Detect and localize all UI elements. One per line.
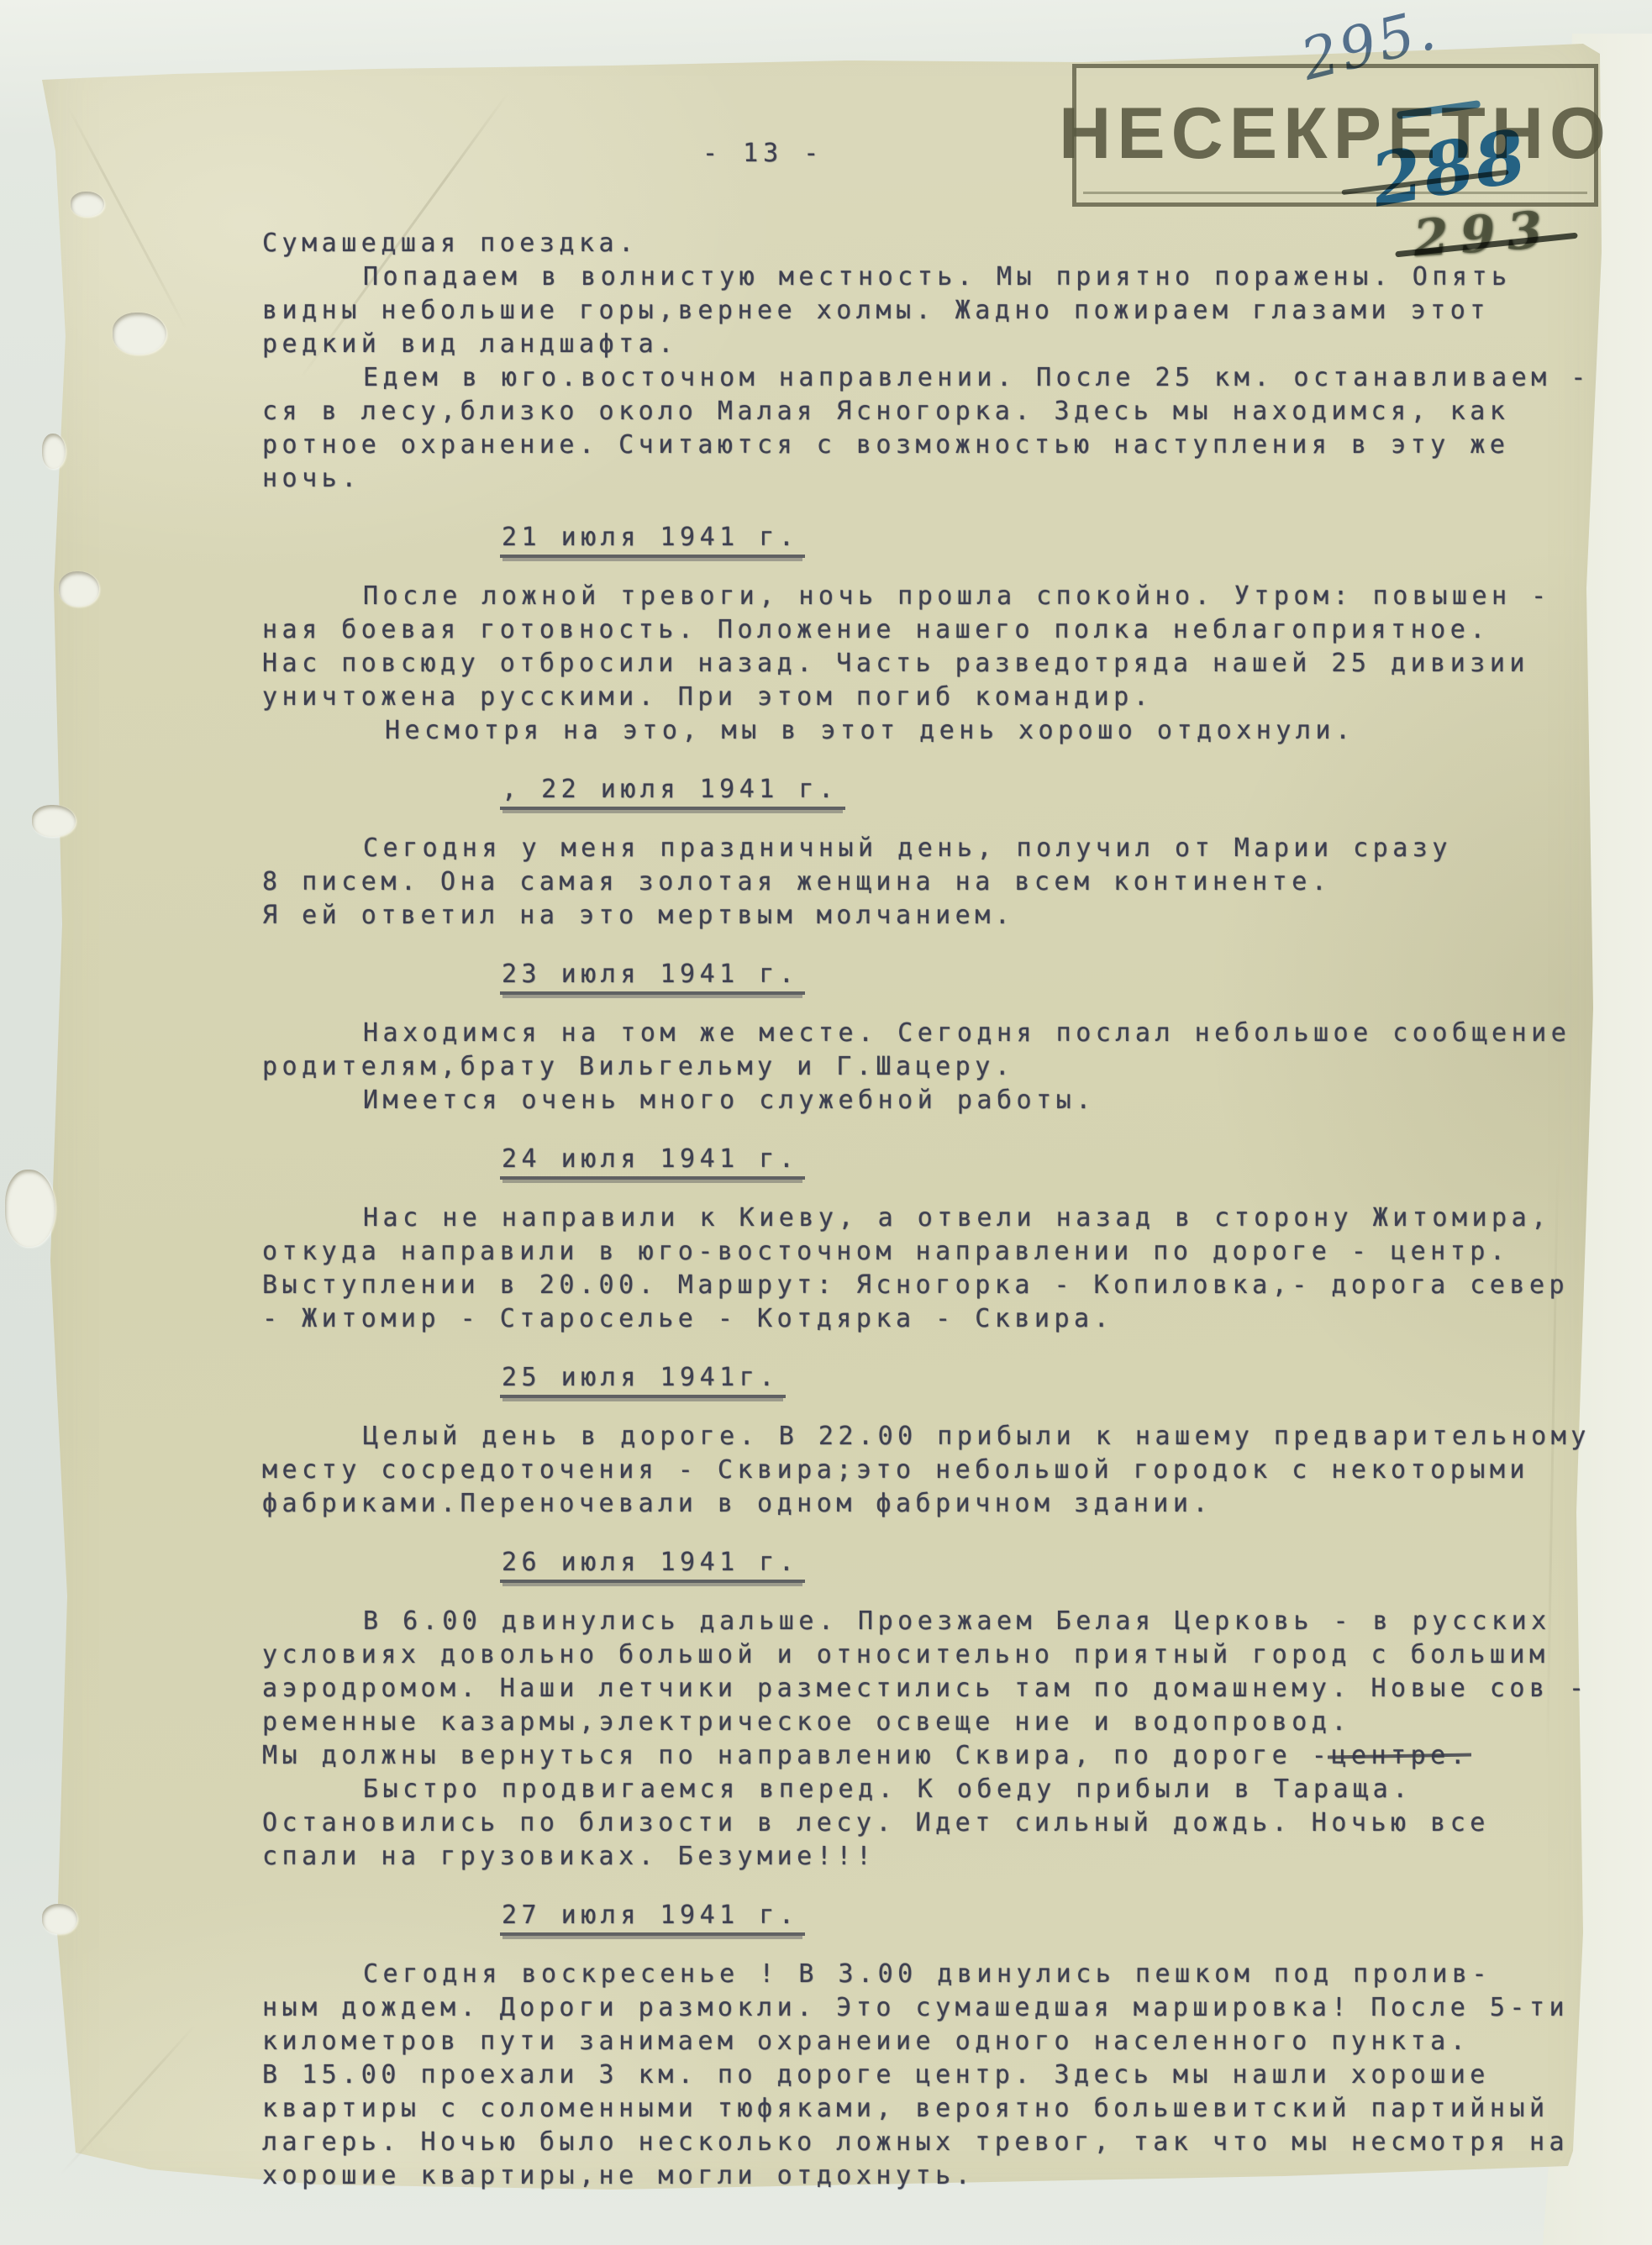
document-line: Имеется очень много служебной работы. <box>262 1084 1607 1117</box>
line-text: Сумашедшая поездка. <box>262 229 639 258</box>
document-line: ротное охранение. Считаются с возможност… <box>262 428 1607 462</box>
date-heading-label: 24 июля 1941 г. <box>500 1144 805 1180</box>
date-heading: 25 июля 1941г. <box>500 1361 1607 1395</box>
date-heading: , 22 июля 1941 г. <box>500 773 1607 807</box>
document-line: Остановились по близости в лесу. Идет си… <box>262 1806 1607 1840</box>
line-text: ночь. <box>262 464 361 493</box>
diary-section: 23 июля 1941 г.Находимся на том же месте… <box>262 958 1607 1117</box>
line-text: Несмотря на это, мы в этот день хорошо о… <box>385 716 1355 745</box>
line-text: Нас не направили к Киеву, а отвели назад… <box>363 1203 1551 1233</box>
line-text: Выступлении в 20.00. Маршрут: Ясногорка … <box>262 1270 1569 1300</box>
date-heading: 24 июля 1941 г. <box>500 1143 1607 1176</box>
line-text: условиях довольно большой и относительно… <box>262 1640 1549 1669</box>
torn-hole <box>71 192 104 217</box>
document-line: ным дождем. Дороги размокли. Это сумашед… <box>262 1991 1607 2025</box>
document-line: километров пути занимаем охранеиие одног… <box>262 2025 1607 2058</box>
document-line: Несмотря на это, мы в этот день хорошо о… <box>262 714 1607 748</box>
diary-section: 26 июля 1941 г.В 6.00 двинулись дальше. … <box>262 1546 1607 1874</box>
document-line: В 6.00 двинулись дальше. Проезжаем Белая… <box>262 1605 1607 1638</box>
struck-through-word: центре. <box>1331 1741 1470 1770</box>
line-text: Мы должны вернуться по направлению Сквир… <box>262 1741 1331 1770</box>
unclassified-stamp-label: НЕСЕКРЕТНО <box>1059 92 1612 176</box>
document-line: Целый день в дороге. В 22.00 прибыли к н… <box>262 1420 1607 1454</box>
line-text: Сегодня у меня праздничный день, получил… <box>363 833 1452 863</box>
torn-hole <box>113 313 166 355</box>
line-text: Нас повсюду отбросили назад. Часть разве… <box>262 649 1529 678</box>
document-line: 8 писем. Она самая золотая женщина на вс… <box>262 865 1607 899</box>
document-line: ременные казармы,электрическое освеще ни… <box>262 1706 1607 1739</box>
document-line: Попадаем в волнистую местность. Мы прият… <box>262 260 1607 294</box>
line-text: месту сосредоточения - Сквира;это неболь… <box>262 1455 1529 1485</box>
document-line: ная боевая готовность. Положение нашего … <box>262 613 1607 647</box>
document-line: После ложной тревоги, ночь прошла спокой… <box>262 580 1607 613</box>
line-text: лагерь. Ночью было несколько ложных трев… <box>262 2127 1569 2157</box>
line-text: ся в лесу,близко около Малая Ясногорка. … <box>262 397 1509 426</box>
diary-section: Сумашедшая поездка.Попадаем в волнистую … <box>262 227 1607 496</box>
diary-section: 21 июля 1941 г.После ложной тревоги, ноч… <box>262 521 1607 748</box>
document-line: Быстро продвигаемся вперед. К обеду приб… <box>262 1773 1607 1806</box>
diary-section: 27 июля 1941 г.Сегодня воскресенье ! В 3… <box>262 1899 1607 2193</box>
document-line: квартиры с соломенными тюфяками, вероятн… <box>262 2092 1607 2126</box>
line-text: - Житомир - Староселье - Котдярка - Скви… <box>262 1304 1113 1333</box>
document-line: Едем в юго.восточном направлении. После … <box>262 361 1607 395</box>
document-line: Мы должны вернуться по направлению Сквир… <box>262 1739 1607 1773</box>
line-text: После ложной тревоги, ночь прошла спокой… <box>363 581 1551 611</box>
line-text: ная боевая готовность. Положение нашего … <box>262 615 1490 644</box>
line-text: В 15.00 проехали 3 км. по дороге центр. … <box>262 2060 1490 2090</box>
line-text: ным дождем. Дороги размокли. Это сумашед… <box>262 1993 1569 2022</box>
line-text: ременные казармы,электрическое освеще ни… <box>262 1707 1351 1737</box>
document-line: Сегодня воскресенье ! В 3.00 двинулись п… <box>262 1958 1607 1991</box>
document-line: Находимся на том же месте. Сегодня посла… <box>262 1017 1607 1050</box>
line-text: фабриками.Переночевали в одном фабричном… <box>262 1489 1213 1518</box>
document-line: видны небольшие горы,вернее холмы. Жадно… <box>262 294 1607 328</box>
document-line: родителям,брату Вильгельму и Г.Шацеру. <box>262 1050 1607 1084</box>
diary-section: , 22 июля 1941 г.Сегодня у меня празднич… <box>262 773 1607 933</box>
document-line: уничтожена русскими. При этом погиб кома… <box>262 681 1607 714</box>
date-heading-label: 21 июля 1941 г. <box>500 523 805 558</box>
line-text: Быстро продвигаемся вперед. К обеду приб… <box>363 1774 1413 1804</box>
line-text: Едем в юго.восточном направлении. После … <box>363 363 1591 392</box>
document-line: Выступлении в 20.00. Маршрут: Ясногорка … <box>262 1269 1607 1302</box>
date-heading: 21 июля 1941 г. <box>500 521 1607 555</box>
document-line: редкий вид ландшафта. <box>262 328 1607 361</box>
line-text: Попадаем в волнистую местность. Мы прият… <box>363 262 1512 292</box>
document-line: Нас повсюду отбросили назад. Часть разве… <box>262 647 1607 681</box>
date-heading: 26 июля 1941 г. <box>500 1546 1607 1580</box>
date-heading-label: 25 июля 1941г. <box>500 1363 786 1398</box>
document-body: Сумашедшая поездка.Попадаем в волнистую … <box>262 227 1607 2193</box>
document-line: условиях довольно большой и относительно… <box>262 1638 1607 1672</box>
document-line: ся в лесу,близко около Малая Ясногорка. … <box>262 395 1607 428</box>
document-line: откуда направили в юго-восточном направл… <box>262 1235 1607 1269</box>
torn-hole <box>5 1170 55 1247</box>
date-heading-label: 23 июля 1941 г. <box>500 960 805 995</box>
line-text: родителям,брату Вильгельму и Г.Шацеру. <box>262 1052 1014 1081</box>
document-line: В 15.00 проехали 3 км. по дороге центр. … <box>262 2058 1607 2092</box>
document-line: хорошие квартиры,не могли отдохнуть. <box>262 2159 1607 2193</box>
typed-page-number: - 13 - <box>702 139 823 168</box>
line-text: Находимся на том же месте. Сегодня посла… <box>363 1018 1570 1048</box>
document-line: Я ей ответил на это мертвым молчанием. <box>262 899 1607 933</box>
line-text: хорошие квартиры,не могли отдохнуть. <box>262 2161 975 2190</box>
line-text: спали на грузовиках. Безумие!!! <box>262 1842 876 1871</box>
line-text: видны небольшие горы,вернее холмы. Жадно… <box>262 296 1490 325</box>
line-text: аэродромом. Наши летчики разместились та… <box>262 1674 1589 1703</box>
date-heading-label: , 22 июля 1941 г. <box>500 775 845 810</box>
line-text: ротное охранение. Считаются с возможност… <box>262 430 1509 460</box>
torn-hole <box>42 434 66 469</box>
line-text: километров пути занимаем охранеиие одног… <box>262 2027 1470 2056</box>
document-line: спали на грузовиках. Безумие!!! <box>262 1840 1607 1874</box>
diary-section: 25 июля 1941г.Целый день в дороге. В 22.… <box>262 1361 1607 1521</box>
scanned-document-page: { "scan": { "typed_page_number": "- 13 -… <box>0 0 1652 2245</box>
document-line: Нас не направили к Киеву, а отвели назад… <box>262 1201 1607 1235</box>
line-text: Целый день в дороге. В 22.00 прибыли к н… <box>363 1422 1591 1451</box>
document-line: аэродромом. Наши летчики разместились та… <box>262 1672 1607 1706</box>
line-text: Имеется очень много служебной работы. <box>363 1086 1096 1115</box>
diary-section: 24 июля 1941 г.Нас не направили к Киеву,… <box>262 1143 1607 1336</box>
line-text: квартиры с соломенными тюфяками, вероятн… <box>262 2094 1549 2123</box>
date-heading-label: 27 июля 1941 г. <box>500 1901 805 1936</box>
document-line: - Житомир - Староселье - Котдярка - Скви… <box>262 1302 1607 1336</box>
date-heading-label: 26 июля 1941 г. <box>500 1548 805 1583</box>
date-heading: 23 июля 1941 г. <box>500 958 1607 991</box>
date-heading: 27 июля 1941 г. <box>500 1899 1607 1932</box>
torn-hole <box>42 1904 77 1934</box>
document-line: фабриками.Переночевали в одном фабричном… <box>262 1487 1607 1521</box>
document-line: Сумашедшая поездка. <box>262 227 1607 260</box>
line-text: Я ей ответил на это мертвым молчанием. <box>262 901 1014 930</box>
line-text: Сегодня воскресенье ! В 3.00 двинулись п… <box>363 1959 1492 1989</box>
line-text: редкий вид ландшафта. <box>262 329 678 359</box>
line-text: Остановились по близости в лесу. Идет си… <box>262 1808 1490 1838</box>
line-text: откуда направили в юго-восточном направл… <box>262 1237 1509 1266</box>
torn-hole <box>59 571 99 607</box>
line-text: В 6.00 двинулись дальше. Проезжаем Белая… <box>363 1606 1551 1636</box>
line-text: уничтожена русскими. При этом погиб кома… <box>262 682 1153 712</box>
document-line: лагерь. Ночью было несколько ложных трев… <box>262 2126 1607 2159</box>
document-line: месту сосредоточения - Сквира;это неболь… <box>262 1454 1607 1487</box>
line-text: 8 писем. Она самая золотая женщина на вс… <box>262 867 1331 896</box>
document-line: Сегодня у меня праздничный день, получил… <box>262 832 1607 865</box>
document-line: ночь. <box>262 462 1607 496</box>
torn-hole <box>32 805 76 837</box>
